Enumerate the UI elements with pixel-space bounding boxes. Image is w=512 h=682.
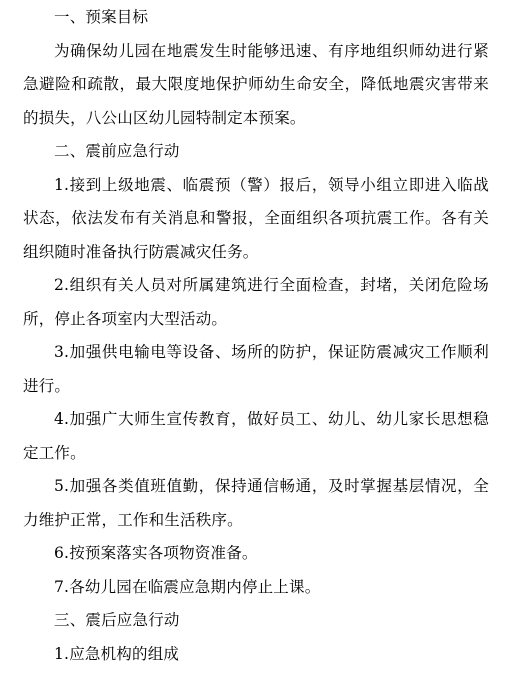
section-heading: 一、预案目标: [23, 1, 489, 35]
section-heading: 二、震前应急行动: [23, 135, 489, 169]
paragraph: 1.接到上级地震、临震预（警）报后，领导小组立即进入临战状态，依法发布有关消息和…: [23, 169, 489, 270]
paragraph: 5.加强各类值班值勤，保持通信畅通，及时掌握基层情况，全力维护正常，工作和生活秩…: [23, 470, 489, 537]
paragraph: 4.加强广大师生宣传教育，做好员工、幼儿、幼儿家长思想稳定工作。: [23, 403, 489, 470]
paragraph: 1.应急机构的组成: [23, 638, 489, 672]
paragraph: 6.按预案落实各项物资准备。: [23, 537, 489, 571]
document-body: 一、预案目标为确保幼儿园在地震发生时能够迅速、有序地组织师幼进行紧急避险和疏散，…: [23, 1, 489, 671]
paragraph: 为确保幼儿园在地震发生时能够迅速、有序地组织师幼进行紧急避险和疏散，最大限度地保…: [23, 35, 489, 136]
document-page: 一、预案目标为确保幼儿园在地震发生时能够迅速、有序地组织师幼进行紧急避险和疏散，…: [0, 0, 512, 682]
paragraph: 2.组织有关人员对所属建筑进行全面检查，封堵，关闭危险场所，停止各项室内大型活动…: [23, 269, 489, 336]
paragraph: 7.各幼儿园在临震应急期内停止上课。: [23, 571, 489, 605]
paragraph: 3.加强供电输电等设备、场所的防护，保证防震减灾工作顺利进行。: [23, 336, 489, 403]
section-heading: 三、震后应急行动: [23, 604, 489, 638]
